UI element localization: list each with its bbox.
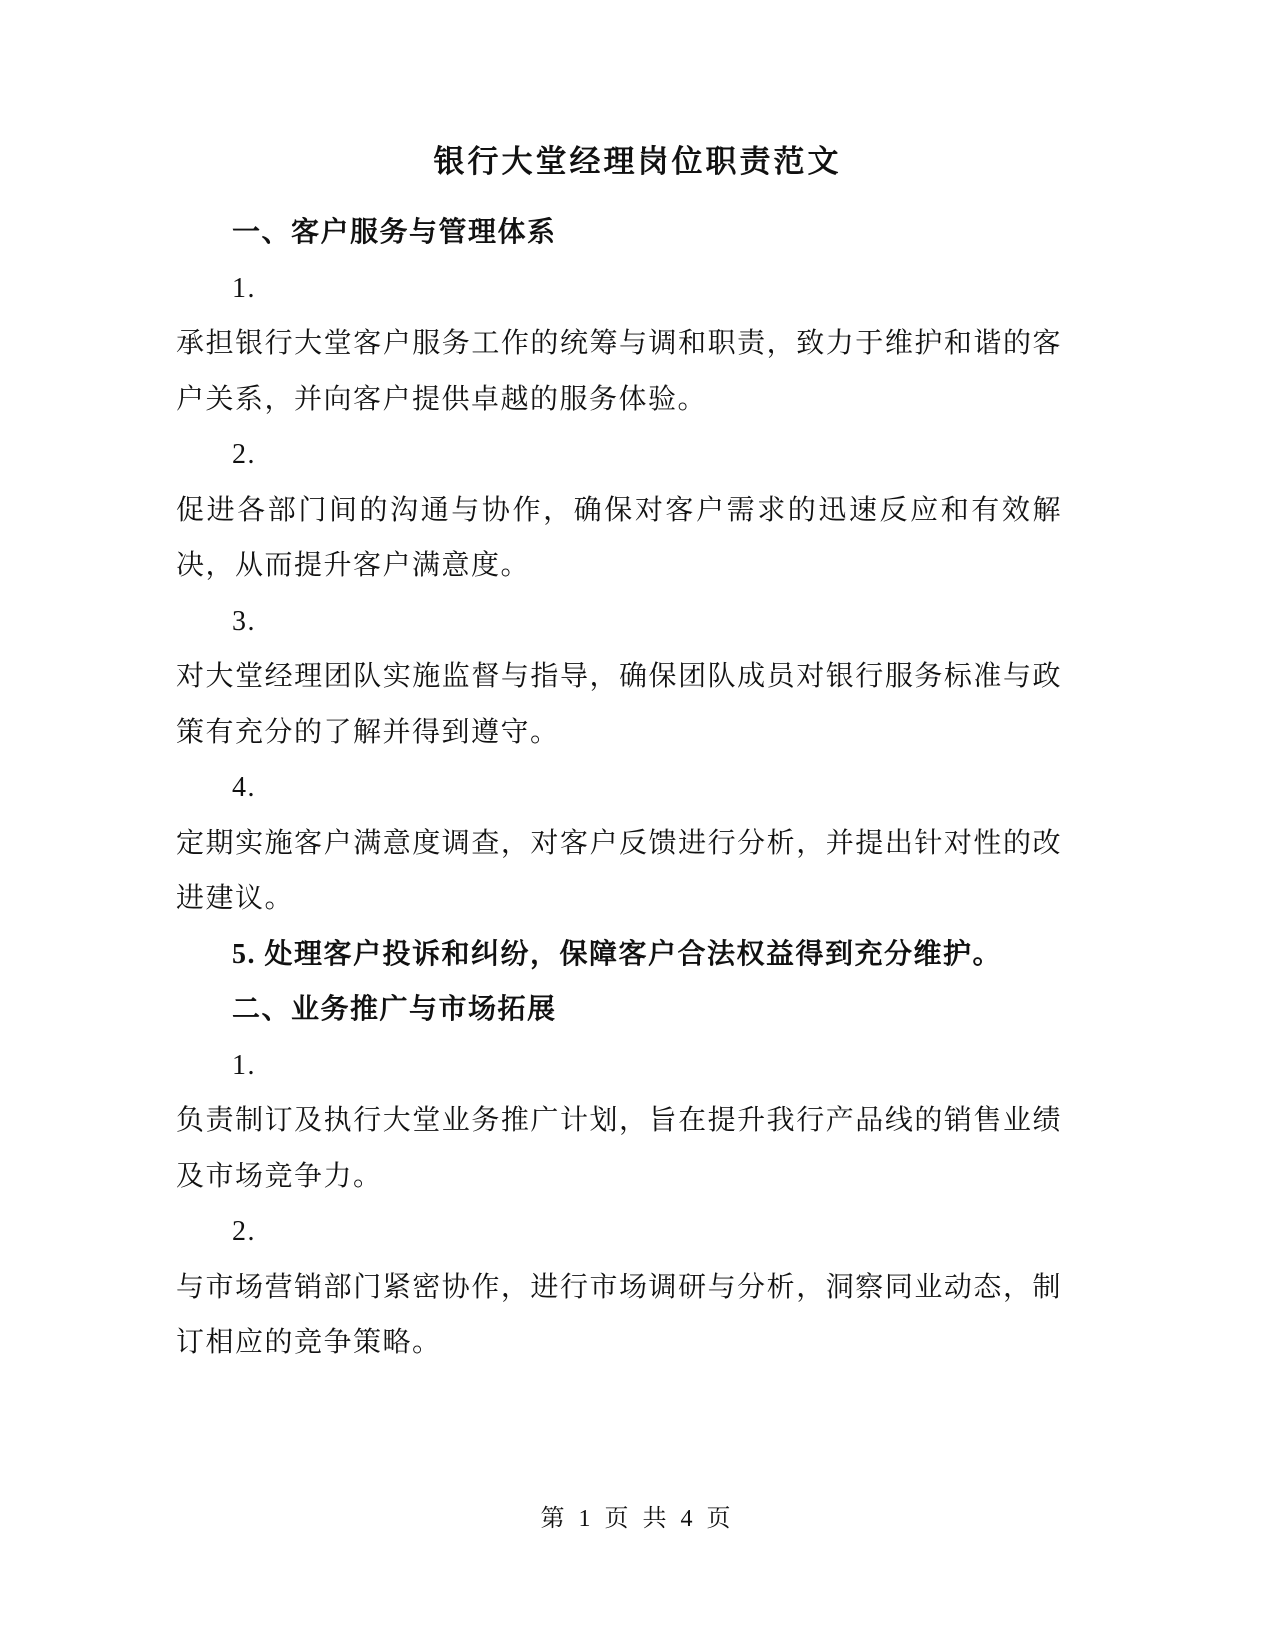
list-number-1-1: 1. (176, 261, 1062, 317)
page-number-footer: 第 1 页 共 4 页 (0, 1498, 1275, 1533)
paragraph-2-2: 与市场营销部门紧密协作，进行市场调研与分析，洞察同业动态，制订相应的竞争策略。 (176, 1260, 1062, 1371)
list-number-1-4: 4. (176, 760, 1062, 816)
paragraph-1-2: 促进各部门间的沟通与协作，确保对客户需求的迅速反应和有效解决，从而提升客户满意度… (176, 483, 1062, 594)
paragraph-2-1: 负责制订及执行大堂业务推广计划，旨在提升我行产品线的销售业绩及市场竞争力。 (176, 1093, 1062, 1204)
section-heading-2: 二、业务推广与市场拓展 (176, 982, 1062, 1038)
document-title: 银行大堂经理岗位职责范文 (0, 138, 1275, 186)
list-number-2-1: 1. (176, 1038, 1062, 1094)
list-number-1-3: 3. (176, 594, 1062, 650)
bold-list-item-1-5: 5. 处理客户投诉和纠纷，保障客户合法权益得到充分维护。 (176, 927, 1062, 983)
section-heading-1: 一、客户服务与管理体系 (176, 205, 1062, 261)
paragraph-1-1: 承担银行大堂客户服务工作的统筹与调和职责，致力于维护和谐的客户关系，并向客户提供… (176, 316, 1062, 427)
list-number-2-2: 2. (176, 1204, 1062, 1260)
document-page: 银行大堂经理岗位职责范文 一、客户服务与管理体系 1. 承担银行大堂客户服务工作… (0, 0, 1275, 1650)
paragraph-1-3: 对大堂经理团队实施监督与指导，确保团队成员对银行服务标准与政策有充分的了解并得到… (176, 649, 1062, 760)
paragraph-1-4: 定期实施客户满意度调查，对客户反馈进行分析，并提出针对性的改进建议。 (176, 816, 1062, 927)
document-body: 一、客户服务与管理体系 1. 承担银行大堂客户服务工作的统筹与调和职责，致力于维… (176, 205, 1062, 1371)
list-number-1-2: 2. (176, 427, 1062, 483)
